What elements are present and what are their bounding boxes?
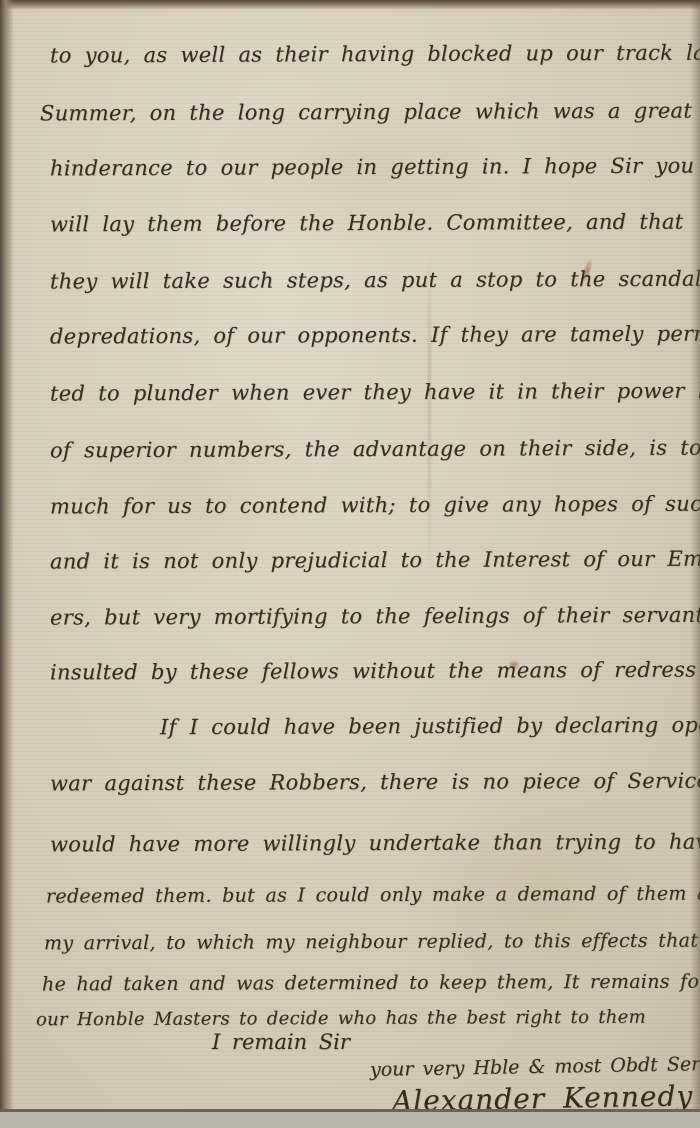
- manuscript-line: ers, but very mortifying to the feelings…: [50, 602, 700, 629]
- manuscript-line: war against these Robbers, there is no p…: [50, 769, 700, 796]
- manuscript-line: our Honble Masters to decide who has the…: [36, 1007, 646, 1031]
- manuscript-line: he had taken and was determined to keep …: [42, 971, 700, 996]
- page-edge-bottom: [0, 1109, 700, 1128]
- manuscript-line: will lay them before the Honble. Committ…: [50, 210, 684, 237]
- manuscript-line: ted to plunder when ever they have it in…: [50, 378, 700, 405]
- manuscript-line: and it is not only prejudicial to the In…: [50, 546, 700, 573]
- manuscript-line: Summer, on the long carrying place which…: [40, 99, 692, 126]
- page-edge-top: [0, 0, 700, 10]
- binding-edge-left: [0, 0, 14, 1128]
- manuscript-line: they will take such steps, as put a stop…: [50, 266, 700, 293]
- manuscript-line: redeemed them. but as I could only make …: [46, 882, 700, 907]
- manuscript-line: would have more willingly undertake than…: [50, 830, 700, 857]
- manuscript-line: my arrival, to which my neighbour replie…: [44, 930, 698, 955]
- manuscript-line: much for us to contend with; to give any…: [50, 491, 700, 518]
- closing-remain: I remain Sir: [212, 1030, 350, 1054]
- page-edge-right: [690, 0, 700, 1128]
- manuscript-line: hinderance to our people in getting in. …: [50, 154, 694, 181]
- letter-page-scan: to you, as well as their having blocked …: [0, 0, 700, 1128]
- manuscript-line: If I could have been justified by declar…: [160, 713, 700, 739]
- paper-crease: [428, 250, 431, 580]
- manuscript-line: of superior numbers, the advantage on th…: [50, 436, 700, 463]
- manuscript-line: to you, as well as their having blocked …: [50, 41, 700, 68]
- manuscript-line: depredations, of our opponents. If they …: [50, 322, 700, 349]
- manuscript-line: insulted by these fellows without the me…: [50, 658, 696, 685]
